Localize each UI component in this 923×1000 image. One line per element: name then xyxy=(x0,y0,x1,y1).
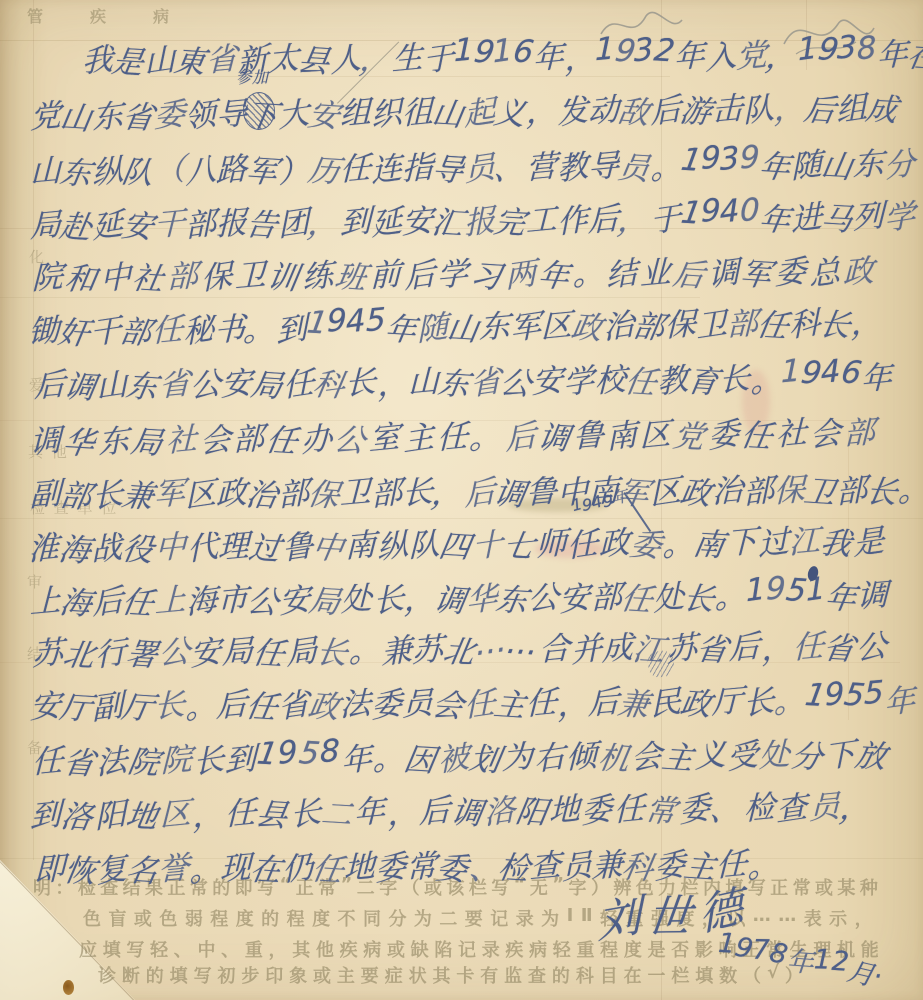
handwritten-line: 山东纵队（八路军）历任连指导员、营教导员。1939年随山东分 xyxy=(28,140,884,192)
handwritten-line: 院和中社部保卫训练班前后学习两年。结业后调军委总政 xyxy=(30,247,876,298)
handwritten-line: 锄奸干部任秘书。到1945年随山东军区政治部保卫部任科长， xyxy=(26,298,878,352)
handwritten-line: 副部长兼军区政治部保卫部长，后调鲁中南军区政治部保卫部长。在 xyxy=(28,465,908,515)
handwritten-line: 上海后任上海市公安局处长，调华东公安部任处长。1951年调 xyxy=(28,571,890,622)
handwritten-line: 任省法院院长到1958年。因被划为右倾机会主义受处分下放 xyxy=(30,730,889,783)
strikeout-scribble xyxy=(646,649,675,678)
form-instruction-line: 色盲或色弱程度的程度不同分为二要记录为ⅠⅡ轻重强度，以……表示， xyxy=(83,905,873,931)
handwritten-line: 我是山東省新太县人，生于1916年，1932年入党，1938年在地下 xyxy=(80,30,899,81)
handwritten-line: 党山东省委领导下大安组织徂山起义，发动敌后游击队，后组成 xyxy=(28,83,884,137)
insertion-note: 参加 xyxy=(235,63,269,89)
handwritten-line: 调华东局社会部任办公室主任。后调鲁南区党委任社会部 xyxy=(28,408,877,462)
form-header-label: 管疾病 xyxy=(27,4,169,27)
handwritten-line: 安厅副厅长。后任省政法委员会任主任，后兼民政厅长。1955年 xyxy=(28,676,892,727)
form-instruction-line: 诊断的填写初步印象或主要症状其卡有监查的科目在一栏填数（√） xyxy=(98,962,803,988)
scanned-handwritten-document: 管疾病 化爱其 他检 查 单 位审结备 明：检查结果正常的即写“正常”二字（或该… xyxy=(0,0,923,1000)
handwritten-line: 苏北行署公安局任局长。兼苏北……合并成江苏省后，任省公 xyxy=(30,622,889,675)
handwritten-line: 淮海战役中代理过鲁中南纵队四十七师任政委。南下过江我是 xyxy=(26,517,886,570)
correction-circle xyxy=(243,92,275,130)
handwritten-line: 到洛阳地区，任县长二年，后调洛阳地委任常委、检查员， xyxy=(28,782,874,836)
handwritten-line: 后调山东省公安局任科长，山东省公安学校任教育长。1946年 xyxy=(32,353,894,406)
handwritten-line: 局赴延安干部报告团，到延安汇报完工作后，于1940年进马列学 xyxy=(28,192,888,246)
stain-spot xyxy=(63,980,74,995)
